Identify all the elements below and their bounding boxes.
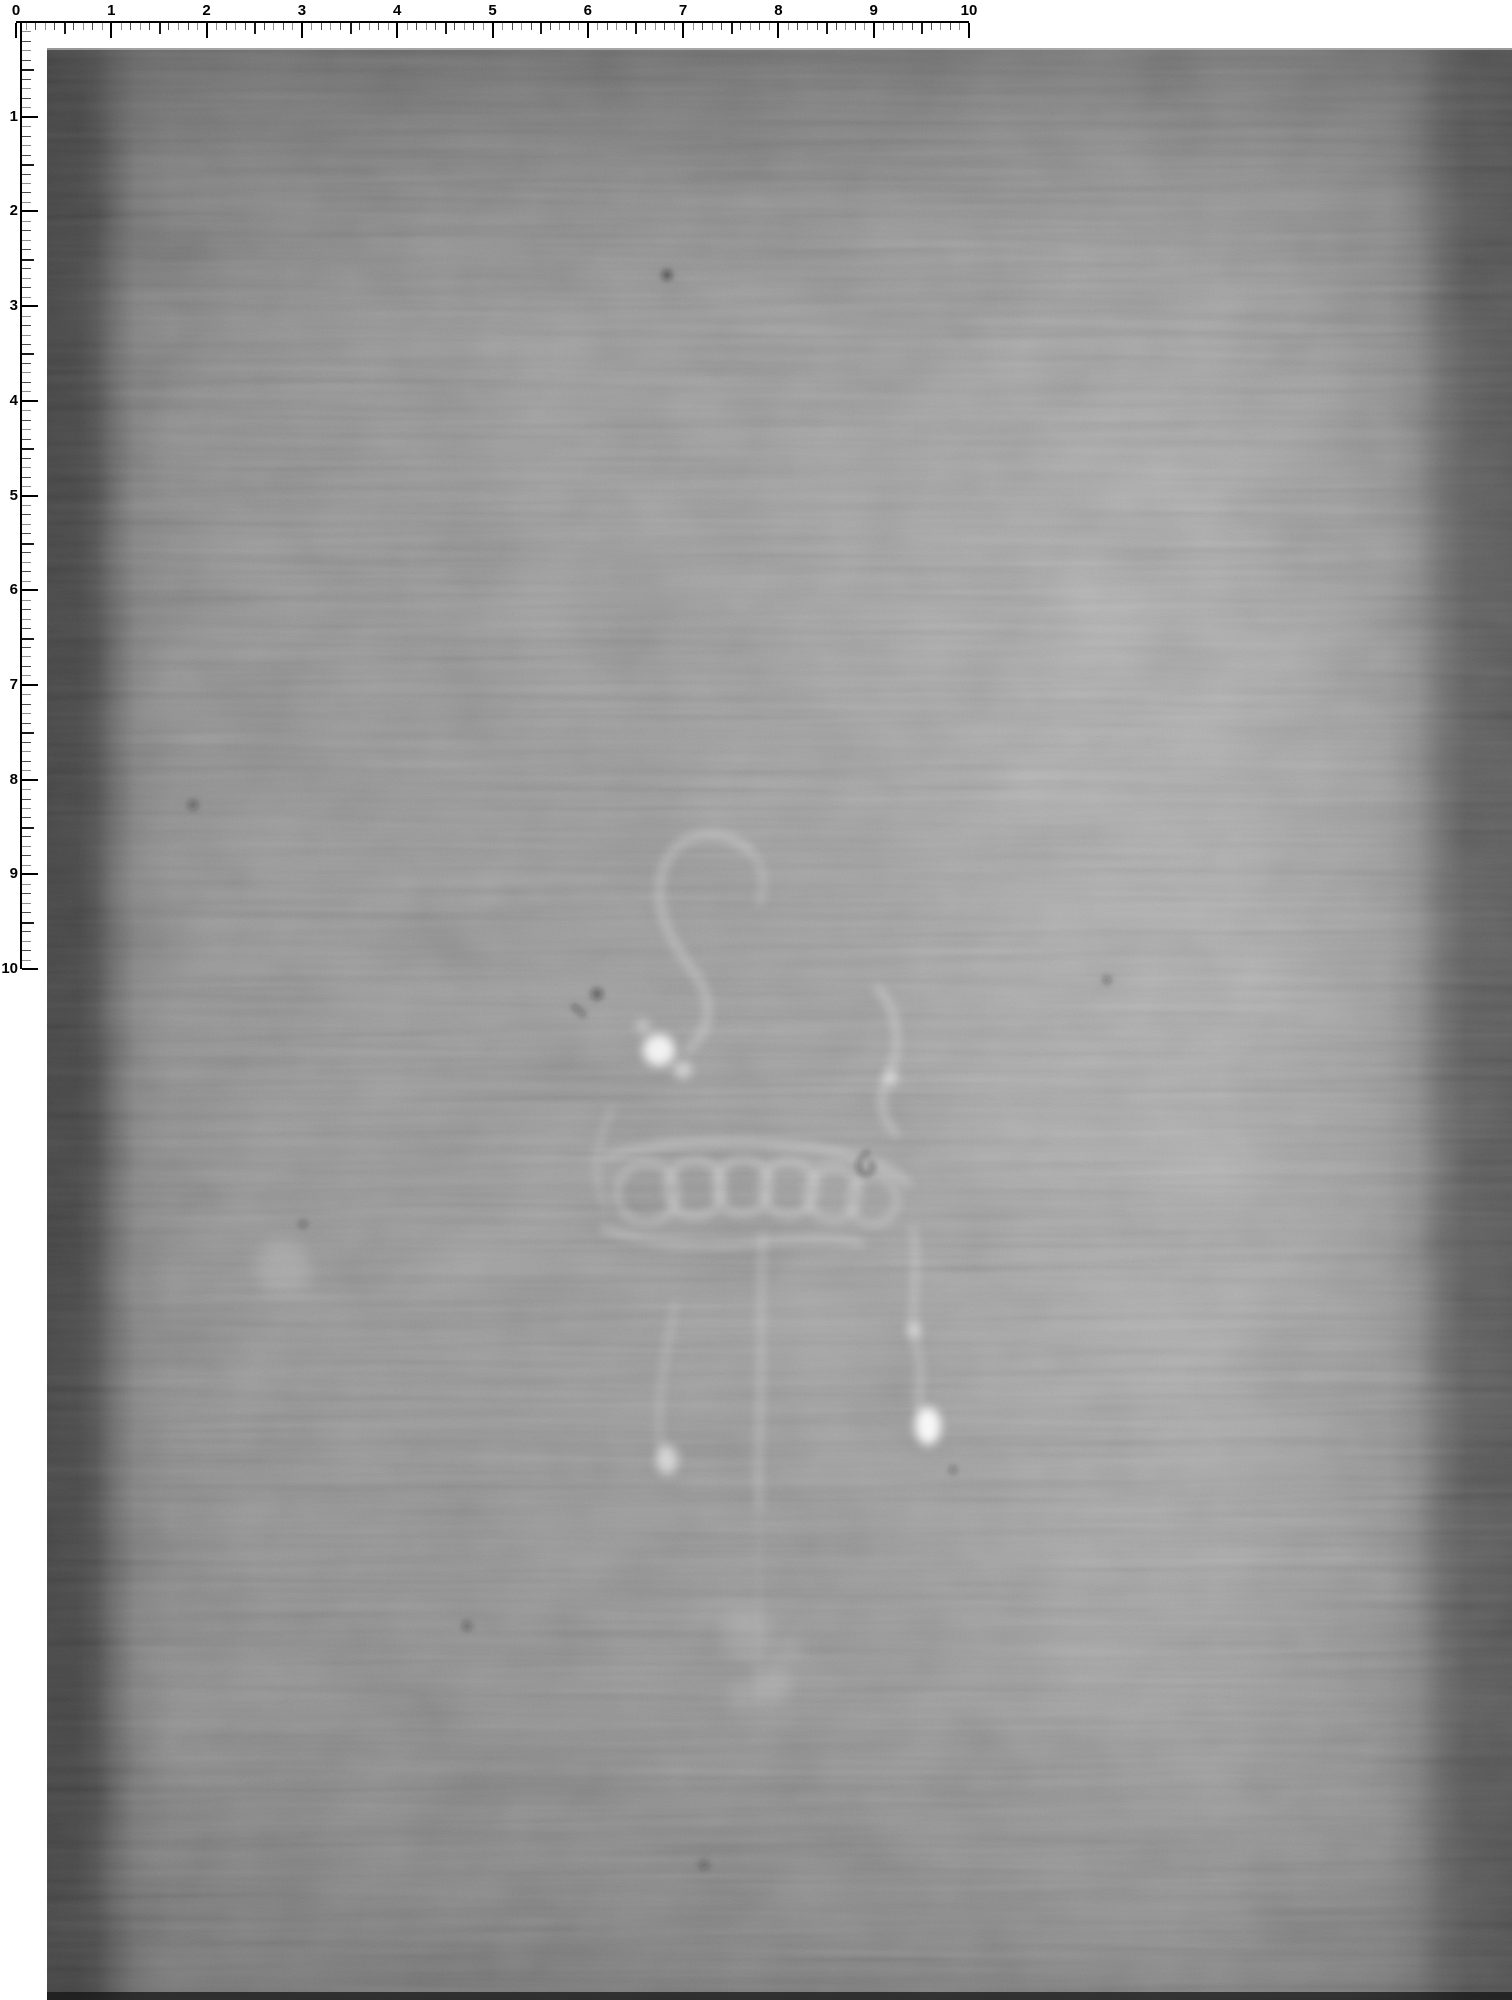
ruler-tick-minor (22, 723, 31, 724)
ruler-tick-minor (22, 742, 31, 743)
ruler-tick-half (159, 23, 161, 34)
ruler-tick-minor (912, 23, 913, 30)
ruler-tick-minor (102, 23, 103, 30)
ruler-tick-minor (664, 23, 665, 30)
ruler-tick-minor (855, 23, 856, 30)
ruler-tick-minor (22, 439, 31, 440)
ruler-tick-minor (22, 60, 31, 61)
ruler-tick-minor (426, 23, 427, 30)
dark-speck (188, 800, 198, 810)
ruler-label: 9 (0, 866, 18, 882)
ruler-tick-minor (740, 23, 741, 30)
ruler-label: 8 (0, 772, 18, 788)
ruler-tick-minor (883, 23, 884, 30)
ruler-tick-minor (264, 23, 265, 30)
ruler-tick-minor (712, 23, 713, 30)
dark-speck (662, 270, 672, 280)
scan-plate: 012345678910 12345678910 (0, 0, 1512, 2000)
ruler-label: 5 (0, 488, 18, 504)
bright-teardrop (915, 1407, 941, 1445)
ruler-tick-minor (22, 903, 31, 904)
ruler-tick-minor (521, 23, 522, 30)
ruler-tick-minor (140, 23, 141, 30)
ruler-tick-minor (369, 23, 370, 30)
ruler-label: 10 (0, 961, 18, 977)
bottom-cluster-blob (721, 1610, 773, 1662)
dark-speck (1103, 976, 1111, 984)
ruler-tick-half (64, 23, 66, 34)
ruler-tick-minor (836, 23, 837, 30)
ruler-tick-half (445, 23, 447, 34)
ruler-tick-minor (22, 297, 31, 298)
ruler-tick-minor (22, 372, 31, 373)
ruler-label: 2 (192, 3, 222, 19)
ruler-tick-minor (26, 23, 27, 30)
ruler-tick-major (22, 589, 38, 591)
dark-speck (949, 1466, 957, 1474)
ruler-tick-minor (674, 23, 675, 30)
ruler-tick-minor (22, 505, 31, 506)
ruler-tick-minor (22, 865, 31, 866)
ruler-tick-minor (22, 770, 31, 771)
scan-render (47, 48, 1512, 2000)
ruler-tick-major (22, 968, 38, 970)
ruler-tick-minor (22, 335, 31, 336)
dark-speck (299, 1220, 307, 1228)
ruler-tick-major (22, 684, 38, 686)
ruler-tick-major (873, 23, 875, 38)
ruler-tick-minor (22, 420, 31, 421)
ruler-tick-minor (22, 609, 31, 610)
ruler-label: 7 (0, 677, 18, 693)
ruler-tick-minor (578, 23, 579, 30)
ruler-tick-minor (22, 382, 31, 383)
bright-star-satellite (636, 1019, 650, 1033)
ruler-tick-minor (559, 23, 560, 30)
ruler-tick-minor (22, 486, 31, 487)
ruler-tick-minor (22, 192, 31, 193)
faint-round-blob (255, 1239, 311, 1295)
ruler-tick-minor (22, 514, 31, 515)
ruler-tick-minor (759, 23, 760, 30)
ruler-tick-minor (22, 79, 31, 80)
ruler-tick-minor (22, 467, 31, 468)
ruler-tick-minor (283, 23, 284, 30)
ruler-tick-minor (22, 31, 31, 32)
ruler-tick-minor (340, 23, 341, 30)
ruler-tick-minor (73, 23, 74, 30)
ruler-tick-half (22, 69, 34, 71)
ruler-tick-minor (645, 23, 646, 30)
ruler-tick-minor (22, 88, 31, 89)
ruler-label: 7 (668, 3, 698, 19)
ruler-tick-minor (702, 23, 703, 30)
ruler-tick-minor (407, 23, 408, 30)
ruler-tick-minor (550, 23, 551, 30)
ruler-tick-half (22, 922, 34, 924)
ruler-tick-minor (22, 941, 31, 942)
ruler-tick-minor (845, 23, 846, 30)
ruler-tick-half (635, 23, 637, 34)
ruler-tick-minor (22, 325, 31, 326)
ruler-tick-minor (22, 240, 31, 241)
ruler-tick-minor (22, 571, 31, 572)
ruler-tick-minor (769, 23, 770, 30)
ruler-tick-half (22, 164, 34, 166)
ruler-tick-minor (22, 931, 31, 932)
ruler-tick-minor (92, 23, 93, 30)
ruler-label: 1 (96, 3, 126, 19)
ruler-tick-minor (22, 221, 31, 222)
ruler-tick-major (682, 23, 684, 38)
ruler-label: 6 (0, 582, 18, 598)
ruler-tick-minor (22, 533, 31, 534)
ruler-tick-minor (321, 23, 322, 30)
ruler-tick-minor (22, 202, 31, 203)
bright-star-satellite (674, 1061, 692, 1079)
ruler-tick-half (22, 448, 34, 450)
bottom-cluster-blob (753, 1664, 793, 1704)
ruler-tick-major (22, 210, 38, 212)
ruler-tick-half (22, 543, 34, 545)
ruler-tick-major (22, 305, 38, 307)
ruler-label: 8 (763, 3, 793, 19)
ruler-label: 3 (0, 298, 18, 314)
ruler-tick-half (540, 23, 542, 34)
ruler-label: 2 (0, 203, 18, 219)
ruler-tick-minor (22, 429, 31, 430)
ruler-tick-major (206, 23, 208, 38)
ruler-tick-minor (22, 287, 31, 288)
ruler-tick-minor (22, 230, 31, 231)
ruler-tick-minor (940, 23, 941, 30)
ruler-tick-minor (22, 524, 31, 525)
ruler-label: 4 (382, 3, 412, 19)
ruler-tick-minor (22, 410, 31, 411)
ruler-tick-minor (22, 136, 31, 137)
ruler-tick-minor (607, 23, 608, 30)
ruler-tick-minor (22, 268, 31, 269)
ruler-tick-minor (22, 249, 31, 250)
ruler-tick-minor (388, 23, 389, 30)
ruler-tick-minor (512, 23, 513, 30)
ruler-tick-half (826, 23, 828, 34)
ruler-tick-minor (188, 23, 189, 30)
ruler-tick-major (777, 23, 779, 38)
ruler-tick-minor (45, 23, 46, 30)
ruler-tick-major (15, 23, 17, 38)
ruler-tick-minor (22, 799, 31, 800)
ruler-tick-minor (22, 789, 31, 790)
ruler-tick-major (22, 116, 38, 118)
ruler-tick-minor (22, 808, 31, 809)
ruler-tick-minor (22, 704, 31, 705)
ruler-tick-minor (959, 23, 960, 30)
ruler-tick-minor (22, 619, 31, 620)
ruler-tick-minor (22, 713, 31, 714)
ruler-label: 10 (954, 3, 984, 19)
ruler-tick-minor (464, 23, 465, 30)
ruler-tick-minor (22, 836, 31, 837)
ruler-tick-minor (22, 855, 31, 856)
ruler-tick-minor (22, 562, 31, 563)
ruler-tick-minor (416, 23, 417, 30)
ruler-tick-minor (22, 666, 31, 667)
ruler-tick-minor (83, 23, 84, 30)
ruler-tick-half (731, 23, 733, 34)
ruler-tick-minor (245, 23, 246, 30)
scan-top-edge-line (47, 48, 1512, 50)
ruler-tick-minor (22, 751, 31, 752)
ruler-tick-minor (22, 174, 31, 175)
ruler-tick-minor (35, 23, 36, 30)
ruler-tick-minor (22, 552, 31, 553)
ruler-tick-minor (22, 581, 31, 582)
ruler-tick-minor (655, 23, 656, 30)
ruler-tick-half (921, 23, 923, 34)
ruler-tick-minor (788, 23, 789, 30)
diagonal-drip-end (656, 1445, 678, 1475)
ruler-tick-minor (817, 23, 818, 30)
dark-speck (591, 988, 603, 1000)
ruler-tick-minor (22, 647, 31, 648)
ruler-tick-minor (569, 23, 570, 30)
ruler-tick-major (22, 495, 38, 497)
ruler-tick-minor (22, 694, 31, 695)
ruler-tick-minor (216, 23, 217, 30)
ruler-tick-minor (22, 391, 31, 392)
ruler-tick-major (396, 23, 398, 38)
ruler-tick-minor (54, 23, 55, 30)
dark-speck (699, 1860, 709, 1870)
ruler-tick-minor (931, 23, 932, 30)
ruler-label: 3 (287, 3, 317, 19)
ruler-tick-minor (359, 23, 360, 30)
ruler-tick-minor (130, 23, 131, 30)
ruler-label: 9 (859, 3, 889, 19)
ruler-tick-minor (22, 477, 31, 478)
ruler-tick-half (22, 353, 34, 355)
ruler-label: 0 (1, 3, 31, 19)
ruler-tick-minor (597, 23, 598, 30)
ruler-tick-major (587, 23, 589, 38)
ruler-tick-minor (292, 23, 293, 30)
ruler-tick-major (110, 23, 112, 38)
ruler-tick-major (492, 23, 494, 38)
ruler-tick-minor (483, 23, 484, 30)
ruler-tick-half (22, 827, 34, 829)
scan-image (47, 48, 1512, 2000)
ruler-tick-minor (22, 50, 31, 51)
ruler-tick-minor (893, 23, 894, 30)
ruler-tick-minor (22, 41, 31, 42)
ruler-tick-minor (149, 23, 150, 30)
ruler-tick-minor (22, 893, 31, 894)
ruler-tick-minor (22, 278, 31, 279)
ruler-tick-half (350, 23, 352, 34)
ruler-label: 1 (0, 109, 18, 125)
bottom-cluster-blob (777, 1636, 801, 1660)
ruler-tick-minor (797, 23, 798, 30)
ruler-tick-minor (693, 23, 694, 30)
ruler-tick-minor (22, 126, 31, 127)
scan-bottom-edge-strip (47, 1992, 1512, 2000)
ruler-tick-half (254, 23, 256, 34)
ruler-tick-minor (121, 23, 122, 30)
ruler-tick-minor (22, 107, 31, 108)
ruler-tick-minor (22, 912, 31, 913)
ruler-tick-minor (22, 817, 31, 818)
ruler-tick-major (22, 779, 38, 781)
ruler-tick-minor (22, 600, 31, 601)
ruler-tick-minor (22, 675, 31, 676)
ruler-tick-minor (22, 960, 31, 961)
ruler-tick-minor (197, 23, 198, 30)
drip-node (907, 1323, 921, 1337)
ruler-tick-minor (378, 23, 379, 30)
ruler-tick-minor (22, 183, 31, 184)
ruler-tick-minor (22, 884, 31, 885)
ruler-tick-major (22, 873, 38, 875)
ruler-tick-minor (721, 23, 722, 30)
ruler-tick-minor (454, 23, 455, 30)
bottom-cluster-blob (727, 1682, 755, 1710)
ruler-tick-minor (22, 950, 31, 951)
ruler-tick-minor (864, 23, 865, 30)
ruler-tick-minor (807, 23, 808, 30)
ruler-tick-minor (330, 23, 331, 30)
dark-speck (462, 1621, 472, 1631)
ruler-tick-minor (626, 23, 627, 30)
ruler-tick-minor (22, 628, 31, 629)
ruler-tick-minor (22, 458, 31, 459)
ruler-tick-minor (22, 344, 31, 345)
ruler-tick-major (301, 23, 303, 38)
ruler-tick-minor (22, 656, 31, 657)
ruler-label: 6 (573, 3, 603, 19)
ruler-label: 4 (0, 393, 18, 409)
ruler-label: 5 (478, 3, 508, 19)
ruler-tick-minor (22, 761, 31, 762)
ruler-tick-minor (902, 23, 903, 30)
ruler-tick-minor (616, 23, 617, 30)
ruler-tick-minor (22, 145, 31, 146)
ruler-tick-minor (22, 155, 31, 156)
ruler-tick-half (22, 259, 34, 261)
ruler-tick-minor (22, 846, 31, 847)
ruler-tick-minor (22, 98, 31, 99)
ruler-tick-minor (235, 23, 236, 30)
ruler-tick-minor (22, 316, 31, 317)
ruler-tick-half (22, 732, 34, 734)
ruler-tick-minor (750, 23, 751, 30)
ruler-tick-minor (502, 23, 503, 30)
ruler-tick-half (22, 638, 34, 640)
ruler-tick-minor (273, 23, 274, 30)
ruler-tick-minor (950, 23, 951, 30)
ruler-tick-minor (435, 23, 436, 30)
ruler-tick-minor (226, 23, 227, 30)
ruler-tick-minor (22, 363, 31, 364)
bright-star-blob (643, 1034, 675, 1066)
ruler-tick-major (22, 400, 38, 402)
ruler-tick-major (968, 23, 970, 38)
ruler-tick-minor (178, 23, 179, 30)
ruler-tick-minor (531, 23, 532, 30)
curl-node (884, 1071, 898, 1085)
ruler-tick-minor (311, 23, 312, 30)
ruler-tick-minor (473, 23, 474, 30)
texture-grain-noise (47, 48, 1512, 2000)
ruler-tick-minor (168, 23, 169, 30)
